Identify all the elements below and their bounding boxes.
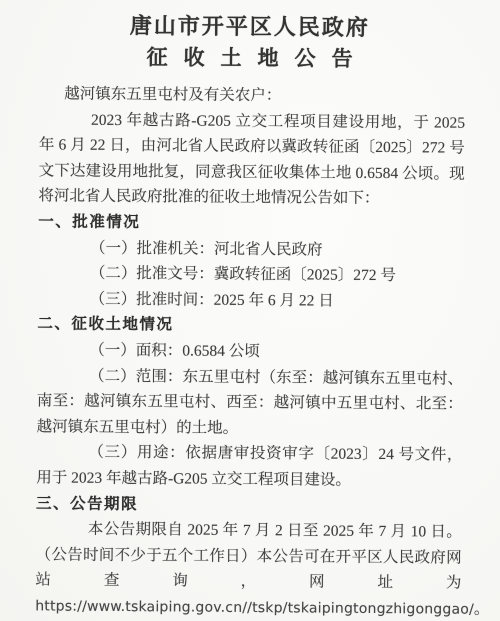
notice-title: 征收土地公告	[15, 43, 499, 73]
approval-organ-line: （一）批准机关：河北省人民政府	[38, 235, 464, 264]
notice-period-end-punctuation: 。	[474, 601, 490, 618]
salutation-line: 越河镇东五里屯村及有关农户：	[39, 81, 465, 110]
notice-body: 越河镇东五里屯村及有关农户： 2023 年越古路-G205 立交工程项目建设用地…	[0, 69, 499, 621]
section-1-heading: 一、批准情况	[38, 209, 464, 238]
approval-date-line: （三）批准时间：2025 年 6 月 22 日	[38, 286, 464, 315]
document-header: 唐山市开平区人民政府 征收土地公告	[0, 0, 500, 73]
scanned-land-acquisition-notice: 唐山市开平区人民政府 征收土地公告 越河镇东五里屯村及有关农户： 2023 年越…	[0, 0, 500, 621]
issuing-authority-title: 唐山市开平区人民政府	[0, 11, 500, 42]
section-3-heading: 三、公告期限	[36, 491, 462, 520]
approval-document-number-line: （二）批准文号：冀政转征函〔2025〕272 号	[38, 260, 464, 289]
notice-period-text: 本公告期限自 2025 年 7 月 2 日至 2025 年 7 月 10 日。（…	[35, 521, 462, 592]
land-area-line: （一）面积：0.6584 公顷	[37, 337, 463, 366]
intro-paragraph: 2023 年越古路-G205 立交工程项目建设用地，于 2025 年 6 月 2…	[38, 107, 465, 213]
document-content: 唐山市开平区人民政府 征收土地公告 越河镇东五里屯村及有关农户： 2023 年越…	[0, 0, 500, 621]
section-2-heading: 二、征收土地情况	[37, 312, 463, 341]
notice-url: https://www.tskaiping.gov.cn//tskp/tskai…	[35, 598, 474, 617]
land-use-paragraph: （三）用途：依据唐审投资审字〔2023〕24 号文件，用于 2023 年越古路-…	[36, 440, 462, 495]
notice-period-paragraph: 本公告期限自 2025 年 7 月 2 日至 2025 年 7 月 10 日。（…	[35, 516, 462, 621]
land-scope-paragraph: （二）范围：东五里屯村（东至：越河镇东五里屯村、南至：越河镇东五里屯村、西至：越…	[37, 363, 464, 443]
